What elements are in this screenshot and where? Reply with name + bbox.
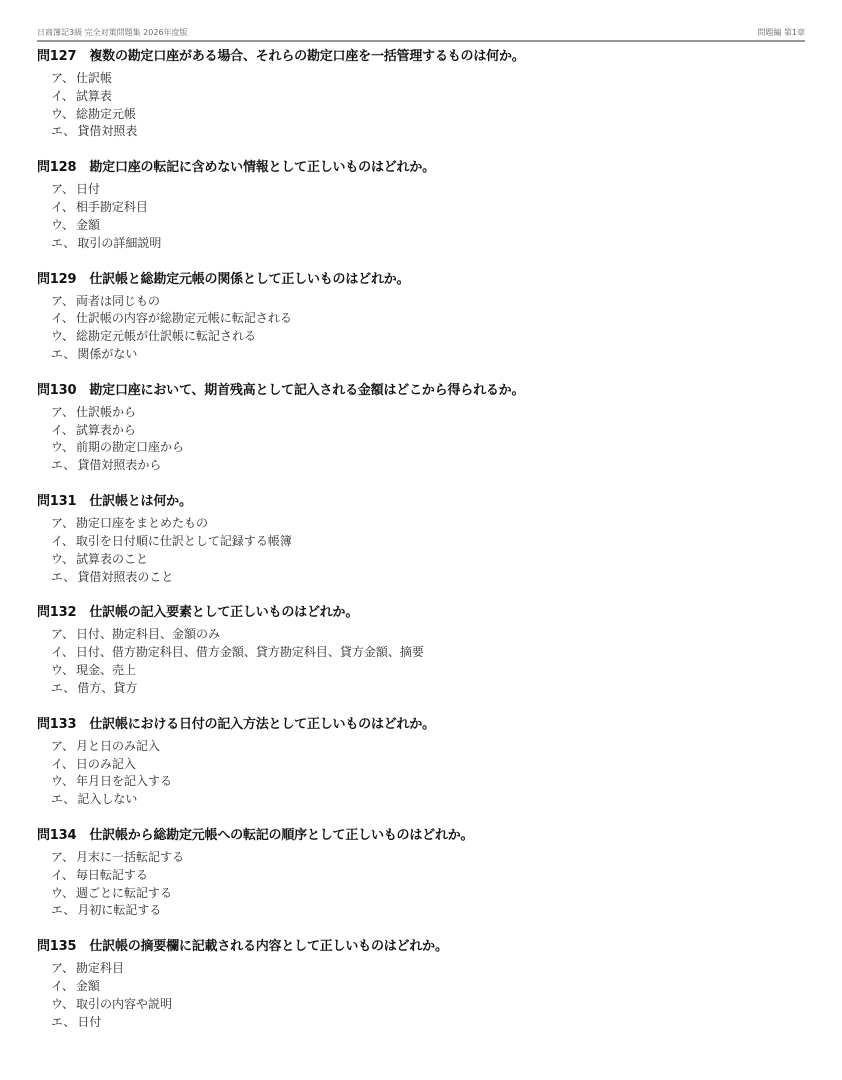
option-u: ウ、現金、売上 (51, 662, 805, 680)
question-title: 問131仕訳帳とは何か。 (37, 492, 805, 512)
option-e: エ、関係がない (51, 346, 805, 364)
option-mark: イ、 (51, 978, 74, 996)
option-i: イ、金額 (51, 978, 805, 996)
option-u: ウ、金額 (51, 217, 805, 235)
option-text: 週ごとに転記する (76, 886, 172, 900)
option-u: ウ、週ごとに転記する (51, 885, 805, 903)
option-mark: ア、 (51, 849, 74, 867)
option-text: 勘定口座をまとめたもの (76, 516, 208, 530)
option-a: ア、両者は同じもの (51, 293, 805, 311)
option-e: エ、記入しない (51, 791, 805, 809)
book-title: 日商簿記3級 完全対策問題集 2026年度版 (37, 27, 188, 38)
option-text: 前期の勘定口座から (76, 440, 184, 454)
option-mark: ウ、 (51, 662, 74, 680)
option-list: ア、勘定科目 イ、金額 ウ、取引の内容や説明 エ、日付 (37, 960, 805, 1031)
question-text: 仕訳帳とは何か。 (89, 494, 191, 509)
header-divider (37, 40, 805, 42)
option-mark: エ、 (51, 123, 75, 141)
option-text: 借方、貸方 (77, 681, 137, 695)
chapter-label: 問題編 第1章 (757, 27, 805, 38)
option-mark: イ、 (51, 88, 74, 106)
option-text: 相手勘定科目 (76, 200, 148, 214)
question-title: 問135仕訳帳の摘要欄に記載される内容として正しいものはどれか。 (37, 937, 805, 957)
option-text: 総勘定元帳が仕訳帳に転記される (76, 329, 256, 343)
question-133: 問133仕訳帳における日付の記入方法として正しいものはどれか。 ア、月と日のみ記… (37, 715, 805, 826)
option-list: ア、月と日のみ記入 イ、日のみ記入 ウ、年月日を記入する エ、記入しない (37, 738, 805, 809)
question-128: 問128勘定口座の転記に含めない情報として正しいものはどれか。 ア、日付 イ、相… (37, 158, 805, 269)
question-number: 問127 (37, 47, 76, 67)
option-i: イ、日のみ記入 (51, 756, 805, 774)
question-number: 問128 (37, 158, 76, 178)
option-mark: ウ、 (51, 328, 74, 346)
option-mark: イ、 (51, 867, 74, 885)
option-i: イ、取引を日付順に仕訳として記録する帳簿 (51, 533, 805, 551)
option-mark: エ、 (51, 457, 75, 475)
question-127: 問127複数の勘定口座がある場合、それらの勘定口座を一括管理するものは何か。 ア… (37, 47, 805, 158)
option-mark: ア、 (51, 960, 74, 978)
option-list: ア、月末に一括転記する イ、毎日転記する ウ、週ごとに転記する エ、月初に転記す… (37, 849, 805, 920)
question-text: 仕訳帳から総勘定元帳への転記の順序として正しいものはどれか。 (89, 828, 473, 843)
option-mark: ウ、 (51, 106, 74, 124)
option-text: 日付、借方勘定科目、借方金額、貸方勘定科目、貸方金額、摘要 (76, 645, 424, 659)
option-text: 関係がない (77, 347, 137, 361)
option-text: 取引の詳細説明 (77, 236, 161, 250)
option-list: ア、両者は同じもの イ、仕訳帳の内容が総勘定元帳に転記される ウ、総勘定元帳が仕… (37, 293, 805, 364)
option-list: ア、勘定口座をまとめたもの イ、取引を日付順に仕訳として記録する帳簿 ウ、試算表… (37, 515, 805, 586)
option-a: ア、日付 (51, 181, 805, 199)
option-mark: ア、 (51, 293, 74, 311)
option-e: エ、月初に転記する (51, 902, 805, 920)
option-mark: ア、 (51, 738, 74, 756)
question-132: 問132仕訳帳の記入要素として正しいものはどれか。 ア、日付、勘定科目、金額のみ… (37, 603, 805, 714)
option-mark: エ、 (51, 902, 75, 920)
question-number: 問135 (37, 937, 76, 957)
option-text: 仕訳帳から (76, 405, 136, 419)
question-title: 問129仕訳帳と総勘定元帳の関係として正しいものはどれか。 (37, 270, 805, 290)
option-i: イ、試算表 (51, 88, 805, 106)
option-e: エ、貸借対照表 (51, 123, 805, 141)
option-a: ア、仕訳帳から (51, 404, 805, 422)
option-mark: ア、 (51, 181, 74, 199)
question-number: 問131 (37, 492, 76, 512)
question-number: 問134 (37, 826, 76, 846)
question-title: 問130勘定口座において、期首残高として記入される金額はどこから得られるか。 (37, 381, 805, 401)
option-mark: エ、 (51, 791, 75, 809)
option-mark: ア、 (51, 626, 74, 644)
option-mark: イ、 (51, 199, 74, 217)
question-129: 問129仕訳帳と総勘定元帳の関係として正しいものはどれか。 ア、両者は同じもの … (37, 270, 805, 381)
option-a: ア、勘定口座をまとめたもの (51, 515, 805, 533)
page-header: 日商簿記3級 完全対策問題集 2026年度版 問題編 第1章 (37, 25, 805, 39)
option-e: エ、取引の詳細説明 (51, 235, 805, 253)
option-text: 勘定科目 (76, 961, 124, 975)
option-text: 試算表 (76, 89, 112, 103)
option-e: エ、日付 (51, 1014, 805, 1032)
option-a: ア、月と日のみ記入 (51, 738, 805, 756)
question-title: 問132仕訳帳の記入要素として正しいものはどれか。 (37, 603, 805, 623)
option-a: ア、勘定科目 (51, 960, 805, 978)
option-mark: エ、 (51, 569, 75, 587)
question-text: 仕訳帳の記入要素として正しいものはどれか。 (89, 605, 358, 620)
option-text: 月と日のみ記入 (76, 739, 160, 753)
question-text: 複数の勘定口座がある場合、それらの勘定口座を一括管理するものは何か。 (89, 49, 524, 64)
option-mark: ウ、 (51, 885, 74, 903)
question-title: 問128勘定口座の転記に含めない情報として正しいものはどれか。 (37, 158, 805, 178)
option-text: 取引の内容や説明 (76, 997, 172, 1011)
option-mark: ウ、 (51, 996, 74, 1014)
option-text: 仕訳帳の内容が総勘定元帳に転記される (76, 311, 292, 325)
option-mark: ア、 (51, 404, 74, 422)
option-mark: ウ、 (51, 773, 74, 791)
option-i: イ、試算表から (51, 422, 805, 440)
question-text: 仕訳帳の摘要欄に記載される内容として正しいものはどれか。 (89, 939, 447, 954)
option-mark: ウ、 (51, 217, 74, 235)
option-text: 総勘定元帳 (76, 107, 136, 121)
option-text: 金額 (76, 218, 100, 232)
option-text: 取引を日付順に仕訳として記録する帳簿 (76, 534, 292, 548)
question-131: 問131仕訳帳とは何か。 ア、勘定口座をまとめたもの イ、取引を日付順に仕訳とし… (37, 492, 805, 603)
question-130: 問130勘定口座において、期首残高として記入される金額はどこから得られるか。 ア… (37, 381, 805, 492)
option-a: ア、仕訳帳 (51, 70, 805, 88)
option-mark: ア、 (51, 515, 74, 533)
option-u: ウ、総勘定元帳 (51, 106, 805, 124)
option-text: 試算表から (76, 423, 136, 437)
option-i: イ、仕訳帳の内容が総勘定元帳に転記される (51, 310, 805, 328)
option-mark: イ、 (51, 756, 74, 774)
option-text: 金額 (76, 979, 100, 993)
option-text: 日付 (76, 182, 100, 196)
option-mark: イ、 (51, 310, 74, 328)
option-mark: エ、 (51, 680, 75, 698)
option-text: 貸借対照表のこと (77, 570, 173, 584)
option-text: 仕訳帳 (76, 71, 112, 85)
option-mark: イ、 (51, 533, 74, 551)
option-text: 記入しない (77, 792, 137, 806)
option-text: 年月日を記入する (76, 774, 172, 788)
question-number: 問133 (37, 715, 76, 735)
question-list: 問127複数の勘定口座がある場合、それらの勘定口座を一括管理するものは何か。 ア… (37, 47, 805, 1049)
option-text: 貸借対照表 (77, 124, 137, 138)
question-number: 問129 (37, 270, 76, 290)
question-number: 問130 (37, 381, 76, 401)
option-e: エ、借方、貸方 (51, 680, 805, 698)
option-text: 貸借対照表から (77, 458, 161, 472)
option-text: 試算表のこと (76, 552, 148, 566)
question-title: 問134仕訳帳から総勘定元帳への転記の順序として正しいものはどれか。 (37, 826, 805, 846)
question-135: 問135仕訳帳の摘要欄に記載される内容として正しいものはどれか。 ア、勘定科目 … (37, 937, 805, 1048)
option-text: 月末に一括転記する (76, 850, 184, 864)
option-mark: エ、 (51, 1014, 75, 1032)
option-text: 日付 (77, 1015, 101, 1029)
option-list: ア、日付 イ、相手勘定科目 ウ、金額 エ、取引の詳細説明 (37, 181, 805, 252)
option-mark: エ、 (51, 346, 75, 364)
option-i: イ、毎日転記する (51, 867, 805, 885)
option-text: 両者は同じもの (76, 294, 160, 308)
option-i: イ、相手勘定科目 (51, 199, 805, 217)
option-mark: エ、 (51, 235, 75, 253)
option-a: ア、月末に一括転記する (51, 849, 805, 867)
question-text: 仕訳帳における日付の記入方法として正しいものはどれか。 (89, 717, 435, 732)
option-list: ア、日付、勘定科目、金額のみ イ、日付、借方勘定科目、借方金額、貸方勘定科目、貸… (37, 626, 805, 697)
question-title: 問127複数の勘定口座がある場合、それらの勘定口座を一括管理するものは何か。 (37, 47, 805, 67)
option-u: ウ、試算表のこと (51, 551, 805, 569)
option-u: ウ、総勘定元帳が仕訳帳に転記される (51, 328, 805, 346)
option-mark: ア、 (51, 70, 74, 88)
option-text: 現金、売上 (76, 663, 136, 677)
question-title: 問133仕訳帳における日付の記入方法として正しいものはどれか。 (37, 715, 805, 735)
option-text: 毎日転記する (76, 868, 148, 882)
option-u: ウ、年月日を記入する (51, 773, 805, 791)
question-134: 問134仕訳帳から総勘定元帳への転記の順序として正しいものはどれか。 ア、月末に… (37, 826, 805, 937)
question-text: 勘定口座において、期首残高として記入される金額はどこから得られるか。 (89, 383, 524, 398)
option-text: 日付、勘定科目、金額のみ (76, 627, 220, 641)
option-e: エ、貸借対照表から (51, 457, 805, 475)
option-u: ウ、取引の内容や説明 (51, 996, 805, 1014)
option-mark: イ、 (51, 422, 74, 440)
option-e: エ、貸借対照表のこと (51, 569, 805, 587)
question-number: 問132 (37, 603, 76, 623)
question-text: 仕訳帳と総勘定元帳の関係として正しいものはどれか。 (89, 272, 409, 287)
option-list: ア、仕訳帳 イ、試算表 ウ、総勘定元帳 エ、貸借対照表 (37, 70, 805, 141)
option-a: ア、日付、勘定科目、金額のみ (51, 626, 805, 644)
option-list: ア、仕訳帳から イ、試算表から ウ、前期の勘定口座から エ、貸借対照表から (37, 404, 805, 475)
option-u: ウ、前期の勘定口座から (51, 439, 805, 457)
option-mark: イ、 (51, 644, 74, 662)
option-mark: ウ、 (51, 551, 74, 569)
option-text: 月初に転記する (77, 903, 161, 917)
option-mark: ウ、 (51, 439, 74, 457)
option-i: イ、日付、借方勘定科目、借方金額、貸方勘定科目、貸方金額、摘要 (51, 644, 805, 662)
option-text: 日のみ記入 (76, 757, 136, 771)
question-text: 勘定口座の転記に含めない情報として正しいものはどれか。 (89, 160, 435, 175)
